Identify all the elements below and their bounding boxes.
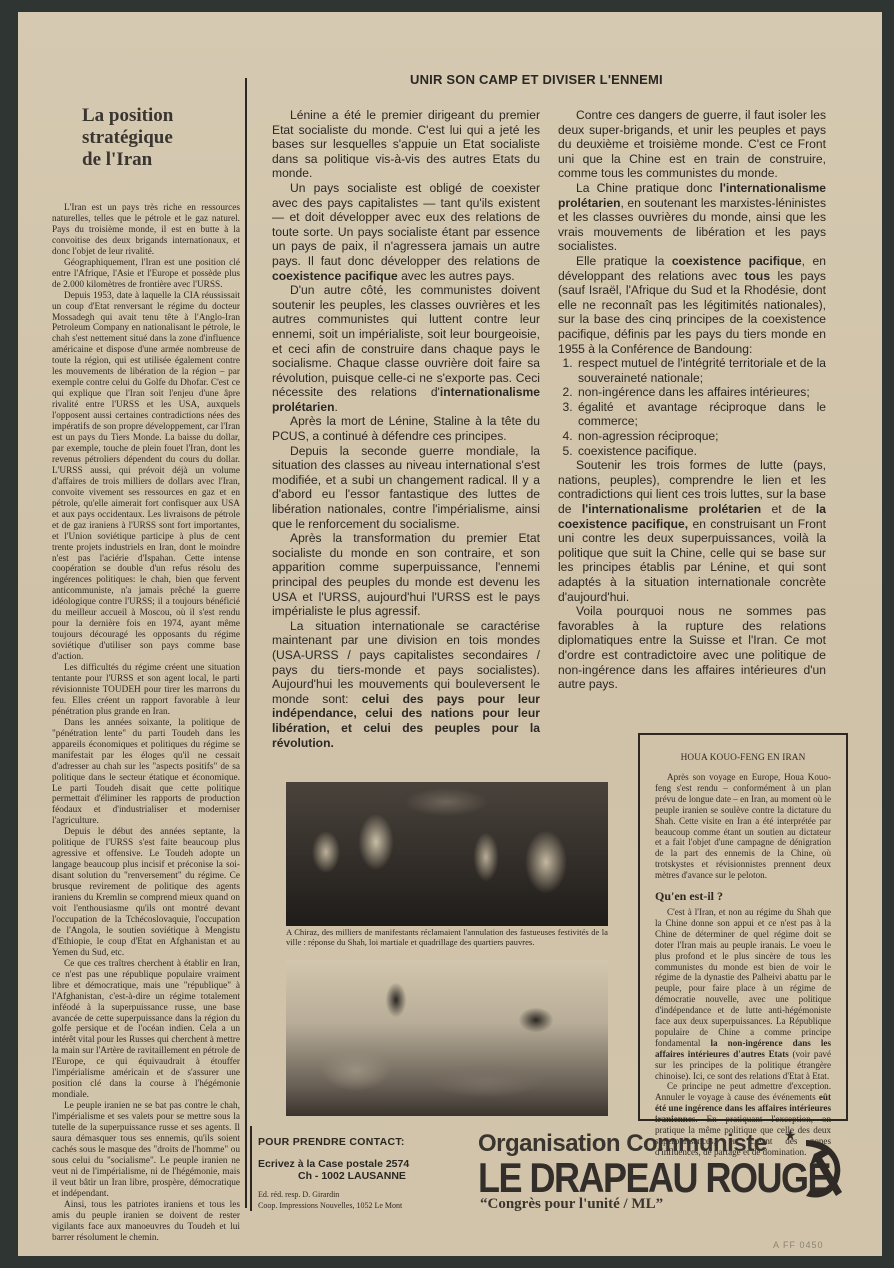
paragraph: Dans les années soixante, la politique d… <box>52 718 240 828</box>
column-divider <box>245 78 247 1208</box>
main-article-middle-column: Lénine a été le premier dirigeant du pre… <box>272 108 540 750</box>
text-run: D'un autre côté, les communistes doivent… <box>272 283 540 399</box>
paragraph: L'Iran est un pays très riche en ressour… <box>52 203 240 258</box>
paragraph: Ce que ces traîtres cherchent à établir … <box>52 959 240 1101</box>
title-line: La position <box>82 105 232 127</box>
right-column-conclusion: Soutenir les trois formes de lutte (pays… <box>558 458 826 692</box>
five-principles-list: respect mutuel de l'intégrité territoria… <box>558 356 826 458</box>
emphasis-text: l'internationalisme prolétarien <box>582 502 761 516</box>
principle-item: non-ingérence dans les affaires intérieu… <box>576 385 826 400</box>
text-run: La Chine pratique donc <box>576 181 720 195</box>
paragraph: Le peuple iranien ne se bat pas contre l… <box>52 1101 240 1200</box>
paragraph: Après la transformation du premier Etat … <box>272 531 540 619</box>
emphasis-text: coexistence pacifique <box>672 254 802 268</box>
main-article-right-column: Contre ces dangers de guerre, il faut is… <box>558 108 826 692</box>
text-run: Elle pratique la <box>576 254 672 268</box>
text-run: Contre ces dangers de guerre, il faut is… <box>558 108 826 180</box>
paragraph: Lénine a été le premier dirigeant du pre… <box>272 108 540 181</box>
text-run: et de <box>761 502 816 516</box>
text-run: Voila pourquoi nous ne sommes pas favora… <box>558 604 826 691</box>
paragraph: Elle pratique la coexistence pacifique, … <box>558 254 826 356</box>
text-run: Un pays socialiste est obligé de coexist… <box>272 181 540 268</box>
contact-divider <box>250 1126 252 1211</box>
imprint-printer: Coop. Impressions Nouvelles, 1052 Le Mon… <box>258 1201 402 1210</box>
paragraph: Voila pourquoi nous ne sommes pas favora… <box>558 604 826 692</box>
slogan: “Congrès pour l'unité / ML” <box>480 1196 663 1213</box>
paragraph: Géographiquement, l'Iran est une positio… <box>52 258 240 291</box>
box-title: HOUA KOUO-FENG EN IRAN <box>655 753 831 763</box>
sidebar-box-houa-kouo-feng: HOUA KOUO-FENG EN IRAN Après son voyage … <box>638 733 848 1121</box>
left-article-title: La position stratégique de l'Iran <box>82 105 232 171</box>
paragraph: C'est à l'Iran, et non au régime du Shah… <box>655 907 831 1082</box>
paragraph: Les difficultés du régime créent une sit… <box>52 663 240 718</box>
paragraph: La Chine pratique donc l'internationalis… <box>558 181 826 254</box>
text-run: Lénine a été le premier dirigeant du pre… <box>272 108 540 180</box>
contact-city: Ch - 1002 LAUSANNE <box>298 1170 406 1182</box>
paragraph: Soutenir les trois formes de lutte (pays… <box>558 458 826 604</box>
contact-heading: POUR PRENDRE CONTACT: <box>258 1136 405 1148</box>
principle-item: non-agression réciproque; <box>576 429 826 444</box>
paragraph: La situation internationale se caractéri… <box>272 619 540 750</box>
box-body: Après son voyage en Europe, Houa Kouo-fe… <box>655 772 831 1158</box>
text-run: Depuis la seconde guerre mondiale, la si… <box>272 444 540 531</box>
box-intro: Après son voyage en Europe, Houa Kouo-fe… <box>655 772 831 881</box>
photo-demonstrators <box>286 782 608 926</box>
text-run: C'est à l'Iran, et non au régime du Shah… <box>655 907 831 1048</box>
photo-caption: A Chiraz, des milliers de manifestants r… <box>286 928 608 947</box>
hammer-and-sickle-icon <box>796 1134 846 1206</box>
principle-item: égalité et avantage réciproque dans le c… <box>576 400 826 429</box>
paragraph: Un pays socialiste est obligé de coexist… <box>272 181 540 283</box>
main-article-heading: UNIR SON CAMP ET DIVISER L'ENNEMI <box>410 72 663 87</box>
paragraph: Ainsi, tous les patriotes iraniens et to… <box>52 1200 240 1244</box>
star-icon: ★ <box>784 1128 797 1145</box>
left-article-body: L'Iran est un pays très riche en ressour… <box>52 203 240 1244</box>
paragraph: Depuis la seconde guerre mondiale, la si… <box>272 444 540 532</box>
paragraph: D'un autre côté, les communistes doivent… <box>272 283 540 414</box>
imprint-editor: Ed. réd. resp. D. Girardin <box>258 1190 339 1199</box>
box-paragraphs: C'est à l'Iran, et non au régime du Shah… <box>655 907 831 1158</box>
paragraph: Depuis le début des années septante, la … <box>52 827 240 958</box>
principle-item: coexistence pacifique. <box>576 444 826 459</box>
text-run: . <box>335 400 338 414</box>
box-subheading: Qu'en est-il ? <box>655 891 831 902</box>
text-run: Après la transformation du premier Etat … <box>272 531 540 618</box>
emphasis-text: tous <box>745 269 771 283</box>
archive-number: A FF 0450 <box>773 1240 824 1250</box>
contact-postal-box: Ecrivez à la Case postale 2574 <box>258 1158 409 1170</box>
photo-tanks <box>286 960 608 1116</box>
paragraph: Après la mort de Lénine, Staline à la tê… <box>272 414 540 443</box>
paragraph: Depuis 1953, date à laquelle la CIA réus… <box>52 291 240 663</box>
title-line: stratégique <box>82 127 232 149</box>
emphasis-text: coexistence pacifique <box>272 269 398 283</box>
paragraph: Contre ces dangers de guerre, il faut is… <box>558 108 826 181</box>
text-run: avec les autres pays. <box>398 269 515 283</box>
title-line: de l'Iran <box>82 149 232 171</box>
text-run: Ce principe ne peut admettre d'exception… <box>655 1081 831 1102</box>
right-column-intro: Contre ces dangers de guerre, il faut is… <box>558 108 826 356</box>
text-run: Après la mort de Lénine, Staline à la tê… <box>272 414 540 443</box>
principle-item: respect mutuel de l'intégrité territoria… <box>576 356 826 385</box>
